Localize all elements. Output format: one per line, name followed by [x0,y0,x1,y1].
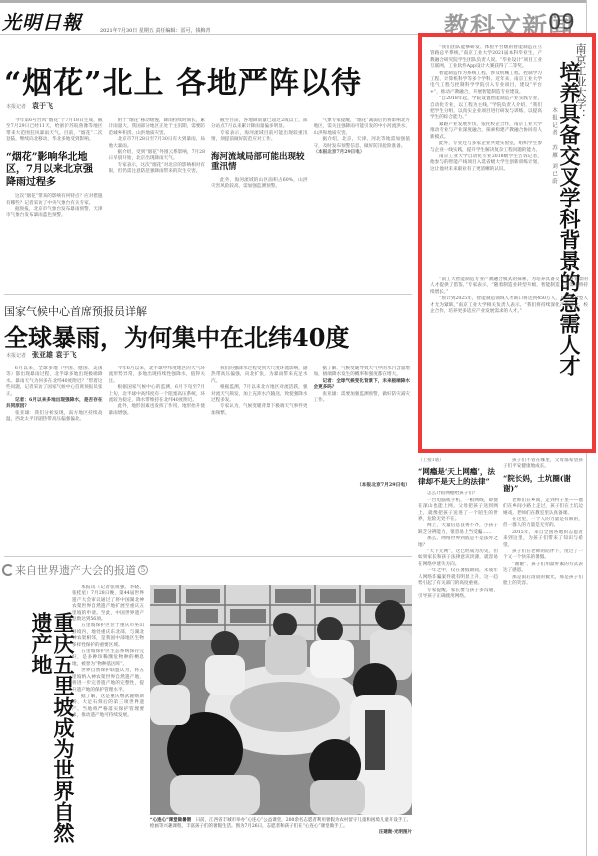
continued-tag: （上接1版） [418,458,498,464]
intro: 孩子们不管在哪里，父母都希望孩子们平安健康地成长。 [503,458,583,471]
paragraph: 根据监测，7月以来北方地区对流活跃，强对流天气频发，加上充沛水汽输送，致使强降水… [211,385,308,404]
caption-title: “心连心”课堂做暑假 [150,818,191,823]
paragraph: 气象专家提醒，“烟花”减弱后仍将影响北方地区，需关注强降雨可能引发的中小河流洪水… [314,118,411,137]
paragraph: 那是雨后清晨的微光，那是孩子们脸上的笑容。 [503,575,583,588]
section-divider [4,294,412,295]
question: 记者：6月以来多地出现强降水，是否存在共同原因？ [6,398,103,411]
byline: 本报记者袁于飞 [6,101,53,111]
byline-label: 本报记者 [6,104,26,110]
column-4: 据了解，气候变暖导致大气中的水汽含量增加，极端降水发生的概率和强度都在增大。 记… [314,366,411,501]
section-divider [4,556,412,557]
paragraph: 网上，大量信息良莠不齐，小孩子缺乏分辨能力，很容易上当受骗…… [418,523,498,536]
column-1: 6月以来，全球多地（中国、德国、美国等）都出现暴雨过程，北半球多地出现极端降水。… [6,366,103,501]
article-thanks: 孩子们不管在哪里，父母都希望孩子们平安健康地成长。 “院长妈，土坑圈(谢谢)” … [503,458,583,853]
featured-body-top: “我们团队能够研发、体验平台级的智能制造在立管路总平系统，”南京工业大学2021… [430,45,542,275]
article-body: 6月以来，全球多地（中国、德国、美国等）都出现暴雨过程，北半球多地出现极端降水。… [6,366,410,501]
headline: “烟花”北上 各地严阵以待 [4,58,362,102]
featured-article-box: “我们团队能够研发、体验平台级的智能制造在立管路总平系统，”南京工业大学2021… [418,33,596,453]
article-dateline: （本报北京7月29日电） [300,482,410,488]
paragraph: 此外，海河流域的山区面积占60%，山洪灾害风险较高，需加强监测预警。 [211,178,308,191]
column-1: 今年第6号台风“烟花”于7月18日生成，截至7月29日已经11天，给浙沪苏皖鲁豫… [6,118,103,290]
paragraph: “预计到2025年，智能制造领域人才缺口将达到450万人，其中复合型人才尤为紧缺… [430,296,588,315]
headline: “网瘾是‘天上网瘾’，法律却不是天上的法律” [418,467,498,487]
headline: 重庆五里坡成为世界自然遗产地 [30,612,74,856]
paragraph: 据了解，气候变暖导致大气中的水汽含量增加，极端降水发生的概率和强度都在增大。 [314,366,411,379]
paragraph: 张亚雄：需要加强监测预警，做好防灾减灾工作。 [314,392,411,405]
paragraph: “谢谢”，孩子们用最朴素的方式表达了感恩。 [503,562,583,575]
byline: 本报记者张亚雄 袁于飞 [6,350,76,360]
question: 记者：全球气候变化背景下，未来极端降水会更多吗？ [314,379,411,392]
series-header: 来自世界遗产大会的报道 5 [2,563,148,577]
paragraph: 一台电脑或手机，一根网线，即使在深山也能上网。父母把孩子送到网上，就像把孩子送进… [418,498,498,524]
paragraph: 五里坡保护区生态系统保存完好，是多种珍稀濒危物种的栖息地，被誉为“物种基因库”。 [72,649,144,668]
paragraph: 那么，网络世界到底是不是法外之地？ [418,536,498,549]
paragraph: 据预报，北京市气象台发布暴雨预警，天津市气象台发布暴雨蓝色预警。 [6,207,103,220]
paragraph: 专家表示，海河流域目前可能出现较重汛情，须提前做好防范应对工作。 [211,131,308,144]
paragraph: “我们团队能够研发、体验平台级的智能制造在立管路总平系统，”南京工业大学2021… [430,45,542,71]
paragraph: 紧跟产业发展步伐，依托校企合作，南京工业大学推动专业与产业深度融合，探索构建产教… [430,122,542,141]
column-2: 今年6月以来，北半球中纬度地区的大气环流形势异常，多地出现持续性强降水，值得关注… [109,366,206,501]
paragraph: 这次“烟花”带来的影响有何特点？应对措施有哪些？记者采访了中央气象台有关专家。 [6,194,103,207]
paragraph: 北京市7月28日至7月30日有大到暴雨，局地大暴雨。 [109,137,206,150]
paragraph: 一年之中，仅在暑假期间，未成年人网络诈骗案件就有明显上升，这一趋势引起了有关部门… [418,568,498,587]
paragraph: 专家提醒，家长要与孩子多沟通，引导孩子正确使用网络。 [418,588,498,601]
byline-name: 袁于飞 [32,101,53,110]
photo-image [150,585,412,815]
paragraph: 我们的强降水过程受到大尺度环流影响，副热带高压偏强，向北扩张，为暴雨带来充足水汽… [211,366,308,385]
paragraph: “天下无网”，这已经成为历史，但如果家长和孩子法律意识淡薄，就容易在网络中迷失方… [418,549,498,568]
photo-caption: “心连心”课堂做暑假 日前，江西省丰城市举办“心连心”公益课堂，200余名志愿者… [150,818,412,836]
column-3: 截至目前，各地降雨量已超过2成以上，部分站点7月以来累计降雨量偏多明显。 专家表… [211,118,308,290]
paragraph: 张亚雄：我们分析发现，南方地区持续高温，西北太平洋副热带高压偏强偏北。 [6,411,103,424]
paragraph: 孩子们在老师的陪伴下，度过了一个又一个快乐的暑假。 [503,549,583,562]
paragraph: 今年6月以来，北半球中纬度地区的大气环流形势异常，多地出现持续性强降水，值得关注… [109,366,206,385]
subhead: “烟花”影响华北地区，7月以来北京强降雨过程多 [6,152,103,190]
paragraph: 智能制造作为系统工程，涉及机械工程、控制学习工程、计算机科学等多个学科。近年来，… [430,71,542,97]
headline: 全球暴雨，为何集中在北纬40度 [4,318,349,353]
column-2: 由于“烟花”移动缓慢，降雨持续时间长，累计雨量大。我国部分地区正处于主汛期，需要… [109,118,206,290]
featured-body-bottom: “南工大智能制造专业产教融合模式的探索，为培养具备交叉学科背景的人才提供了借鉴，… [430,277,588,447]
paragraph: 2015年，来自全国各地的志愿者来到这里，为孩子们带来了知识与希望。 [503,530,583,549]
series-logo-icon [2,564,14,576]
paragraph: 由于“烟花”移动缓慢，降雨持续时间长，累计雨量大。我国部分地区正处于主汛期，需要… [109,118,206,137]
paragraph: 南京工业大学自动化专业2018级学生告诉记者，他参与的智能产线项目入选省级大学生… [430,154,542,173]
byline-name: 张亚雄 袁于飞 [32,350,76,359]
paragraph: 此外，专业还与多家企业共建实验室，组织学生参与企业一线实践，提升学生解决复杂工程… [430,141,542,154]
paragraph: “自2018年起，学院设置智能制造产业实践专业、自动化专业，以工程为主线，”学院… [430,96,542,122]
subhead-2: 海河流域局部可能出现较重汛情 [211,152,308,173]
paragraph: 据介绍，北京、天津、河北等地需加强值守，及时发布预警信息，做好防汛抢险准备。 [314,137,411,150]
column-4: 气象专家提醒，“烟花”减弱后仍将影响北方地区，需关注强降雨可能引发的中小河流洪水… [314,118,411,290]
photo-credit: 汪建勋·光明图片 [150,830,412,836]
article-internet-law: （上接1版） “网瘾是‘天上网瘾’，法律却不是天上的法律” 怎么介绍网瘾给孩子们… [418,458,498,853]
series-number: 5 [138,565,148,575]
paragraph: 据了解，这是重庆继武隆喀斯特、大足石刻后的第三项世界遗产。当地将严格落实保护管理… [72,694,144,720]
series-label: 来自世界遗产大会的报道 [15,562,136,578]
paragraph: 在这里，一个人的力量是有限的，但一群人的力量是无穷的。 [503,517,583,530]
masthead: 光明日報 2021年7月30日 星期五 责任编辑：雷可，钱梅青 教科文新闻 09 [0,3,586,35]
page-number: 09 [548,10,575,34]
paragraph: 专家认为，气候变暖背景下极端天气事件更加频繁。 [211,404,308,417]
byline-label: 本报记者 [6,353,26,359]
paragraph: 世界自然保护联盟认为，将五里坡纳入神农架世界自然遗产地，将进一步完善遗产地的完整… [72,668,144,694]
paragraph: 专家表示，这次“烟花”对北京的影响相对有限，但仍需注意防范强降雨带来的次生灾害。 [109,163,206,176]
issue-dateline: 2021年7月30日 星期五 责任编辑：雷可，钱梅青 [100,27,210,34]
paragraph: 根据国家气候中心的监测，6月下旬至7月上旬，北半球中高纬度有一个阻塞高压系统，环… [109,385,206,404]
news-photo [150,585,412,815]
column-3: 我们的强降水过程受到大尺度环流影响，副热带高压偏强，向北扩张，为暴雨带来充足水汽… [211,366,308,501]
article-body: 今年第6号台风“烟花”于7月18日生成，截至7月29日已经11天，给浙沪苏皖鲁豫… [6,118,410,290]
paragraph: 6月以来，全球多地（中国、德国、美国等）都出现暴雨过程，北半球多地出现极端降水。… [6,366,103,398]
article-body: 本报讯（记者张锐强、李晓、张桂星）7月28日晚，第44届世界遗产大会审议通过了将… [72,585,144,850]
paragraph: 今年第6号台风“烟花”于7月18日生成，截至7月29日已经11天，给浙沪苏皖鲁豫… [6,118,103,144]
paragraph: 老师们在乡间，走到村子里——他们在乡间小路上走过，孩子们在土坑边嬉戏，老师们在教… [503,498,583,517]
paragraph: 五里坡保护区位于重庆市巫山县境内，地处重庆东北部，与湖北神农架相邻，是我国中部地… [72,623,144,649]
paragraph: 截至目前，各地降雨量已超过2成以上，部分站点7月以来累计降雨量偏多明显。 [211,118,308,131]
paragraph: “南工大智能制造专业产教融合模式的探索，为培养具备交叉学科背景的人才提供了借鉴，… [430,277,588,296]
headline: “院长妈，土坑圈(谢谢)” [503,474,583,494]
newspaper-logo: 光明日報 [2,8,82,35]
paragraph: 此外，地形因素也发挥了作用，地形抬升使暴雨增强。 [109,404,206,417]
paragraph: 据介绍，受到“烟花”外围云系影响，7月28日早晨开始，北京出现降雨天气。 [109,150,206,163]
kicker: 国家气候中心首席预报员详解 [4,303,147,319]
paragraph: 本报讯（记者张锐强、李晓、张桂星）7月28日晚，第44届世界遗产大会审议通过了将… [72,585,144,623]
article-dateline: （本报北京7月29日电） [314,150,411,156]
